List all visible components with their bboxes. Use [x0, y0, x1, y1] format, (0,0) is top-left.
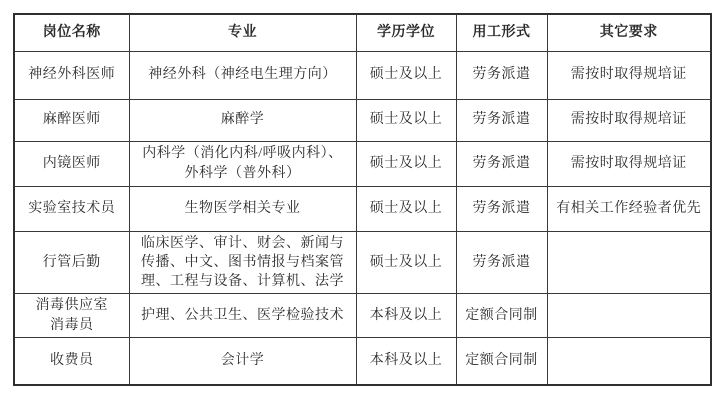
cell-other: 需按时取得规培证 — [547, 99, 711, 141]
cell-degree: 本科及以上 — [356, 294, 456, 338]
table-row: 收费员 会计学 本科及以上 定额合同制 — [14, 338, 711, 385]
table-row: 麻醉医师 麻醉学 硕士及以上 劳务派遣 需按时取得规培证 — [14, 99, 711, 141]
cell-major: 生物医学相关专业 — [129, 186, 356, 231]
cell-position: 麻醉医师 — [14, 99, 129, 141]
cell-major: 会计学 — [129, 338, 356, 385]
cell-major: 内科学（消化内科/呼吸内科）、 外科学（普外科） — [129, 141, 356, 186]
cell-employment: 定额合同制 — [456, 294, 547, 338]
cell-employment: 劳务派遣 — [456, 141, 547, 186]
cell-position: 神经外科医师 — [14, 51, 129, 99]
table-row: 神经外科医师 神经外科（神经电生理方向） 硕士及以上 劳务派遣 需按时取得规培证 — [14, 51, 711, 99]
page: 岗位名称 专业 学历学位 用工形式 其它要求 神经外科医师 神经外科（神经电生理… — [0, 0, 721, 395]
cell-degree: 硕士及以上 — [356, 51, 456, 99]
cell-other: 有相关工作经验者优先 — [547, 186, 711, 231]
header-major: 专业 — [129, 14, 356, 51]
cell-other — [547, 338, 711, 385]
header-employment-form: 用工形式 — [456, 14, 547, 51]
cell-degree: 硕士及以上 — [356, 99, 456, 141]
cell-employment: 定额合同制 — [456, 338, 547, 385]
cell-other — [547, 231, 711, 294]
cell-employment: 劳务派遣 — [456, 51, 547, 99]
cell-major: 临床医学、审计、财会、新闻与 传播、中文、图书情报与档案管 理、工程与设备、计算… — [129, 231, 356, 294]
table-row: 消毒供应室 消毒员 护理、公共卫生、医学检验技术 本科及以上 定额合同制 — [14, 294, 711, 338]
cell-other: 需按时取得规培证 — [547, 51, 711, 99]
header-degree: 学历学位 — [356, 14, 456, 51]
cell-degree: 硕士及以上 — [356, 141, 456, 186]
table-header-row: 岗位名称 专业 学历学位 用工形式 其它要求 — [14, 14, 711, 51]
cell-major: 护理、公共卫生、医学检验技术 — [129, 294, 356, 338]
cell-other — [547, 294, 711, 338]
header-other-requirements: 其它要求 — [547, 14, 711, 51]
cell-employment: 劳务派遣 — [456, 186, 547, 231]
cell-position: 行管后勤 — [14, 231, 129, 294]
cell-position: 实验室技术员 — [14, 186, 129, 231]
cell-position: 内镜医师 — [14, 141, 129, 186]
recruitment-table: 岗位名称 专业 学历学位 用工形式 其它要求 神经外科医师 神经外科（神经电生理… — [13, 13, 712, 386]
cell-other: 需按时取得规培证 — [547, 141, 711, 186]
cell-employment: 劳务派遣 — [456, 99, 547, 141]
cell-degree: 硕士及以上 — [356, 186, 456, 231]
cell-major: 麻醉学 — [129, 99, 356, 141]
cell-position: 收费员 — [14, 338, 129, 385]
table-row: 内镜医师 内科学（消化内科/呼吸内科）、 外科学（普外科） 硕士及以上 劳务派遣… — [14, 141, 711, 186]
cell-major: 神经外科（神经电生理方向） — [129, 51, 356, 99]
table-row: 实验室技术员 生物医学相关专业 硕士及以上 劳务派遣 有相关工作经验者优先 — [14, 186, 711, 231]
table-row: 行管后勤 临床医学、审计、财会、新闻与 传播、中文、图书情报与档案管 理、工程与… — [14, 231, 711, 294]
cell-position: 消毒供应室 消毒员 — [14, 294, 129, 338]
header-position-name: 岗位名称 — [14, 14, 129, 51]
cell-degree: 本科及以上 — [356, 338, 456, 385]
cell-employment: 劳务派遣 — [456, 231, 547, 294]
cell-degree: 硕士及以上 — [356, 231, 456, 294]
